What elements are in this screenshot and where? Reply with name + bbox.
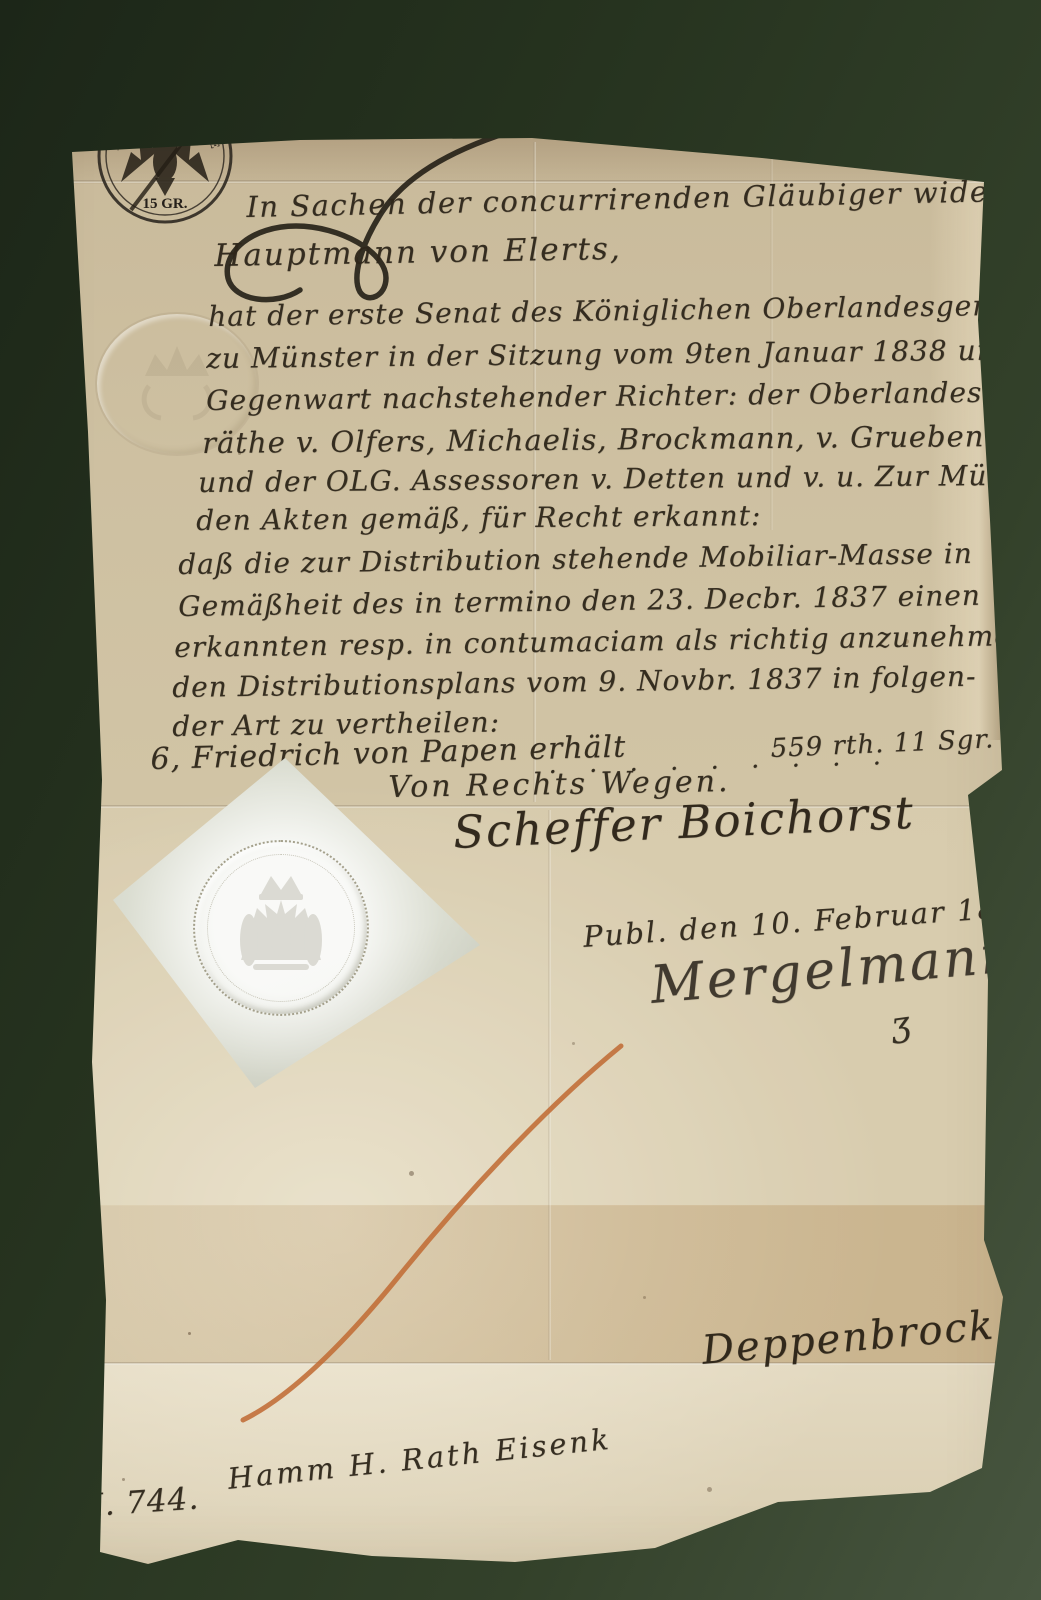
signature-clerk: Deppenbrock [700,1302,997,1373]
manuscript-line: Hauptmann von Elerts, [214,231,622,274]
manuscript-line: den Akten gemäß, für Recht erkannt: [196,499,761,537]
manuscript-line: den Distributionsplans vom 9. Novbr. 183… [172,660,977,704]
red-corner-letter: a [845,74,865,107]
manuscript-line: daß die zur Distribution stehende Mobili… [178,537,973,581]
foxing-specks [0,0,3,3]
stamp-value-text: 15 GR. [143,196,188,212]
embossed-official-seal [193,840,369,1016]
manuscript-line: und der OLG. Assessoren v. Detten und v.… [198,459,1041,499]
stamp-cancel-stroke [131,118,201,210]
stamp-outer-ring [99,90,231,222]
manuscript-line: Gemäßheit des in termino den 23. Decbr. … [178,579,981,623]
crease-bottom [70,1362,1000,1365]
manuscript-line: erkannten resp. in contumaciam als richt… [174,619,1041,664]
signature-paraph: ʒ [888,1003,914,1045]
manuscript-line: Gegenwart nachstehender Richter: der Obe… [206,374,1041,417]
revenue-stamp: EIN HALBER THALER 15 GR. [95,86,235,226]
photo-of-document: EIN HALBER THALER 15 GR. [0,0,1041,1600]
manuscript-line: räthe v. Olfers, Michaelis, Brockmann, v… [202,419,985,460]
registry-number: I. 744. [90,1480,200,1523]
registrar-note: Hamm H. Rath Eisenk [226,1422,613,1496]
seal-crest-icon [223,860,339,990]
crease-vertical-lower [548,810,551,1360]
award-amount: 559 rth. 11 Sgr. 5 Pf. [770,721,1041,764]
stamp-inner-ring [106,97,224,215]
manuscript-line: hat der erste Senat des Königlichen Ober… [208,288,1041,333]
stamp-arc-text: EIN HALBER THALER [95,86,224,152]
document-paper: EIN HALBER THALER 15 GR. [0,0,1041,1600]
manuscript-line: zu Münster in der Sitzung vom 9ten Janua… [206,333,1041,375]
manuscript-line: In Sachen der concurrirenden Gläubiger w… [246,173,1041,224]
orange-crayon-stroke [243,1046,621,1420]
prussian-eagle-icon [121,122,209,196]
